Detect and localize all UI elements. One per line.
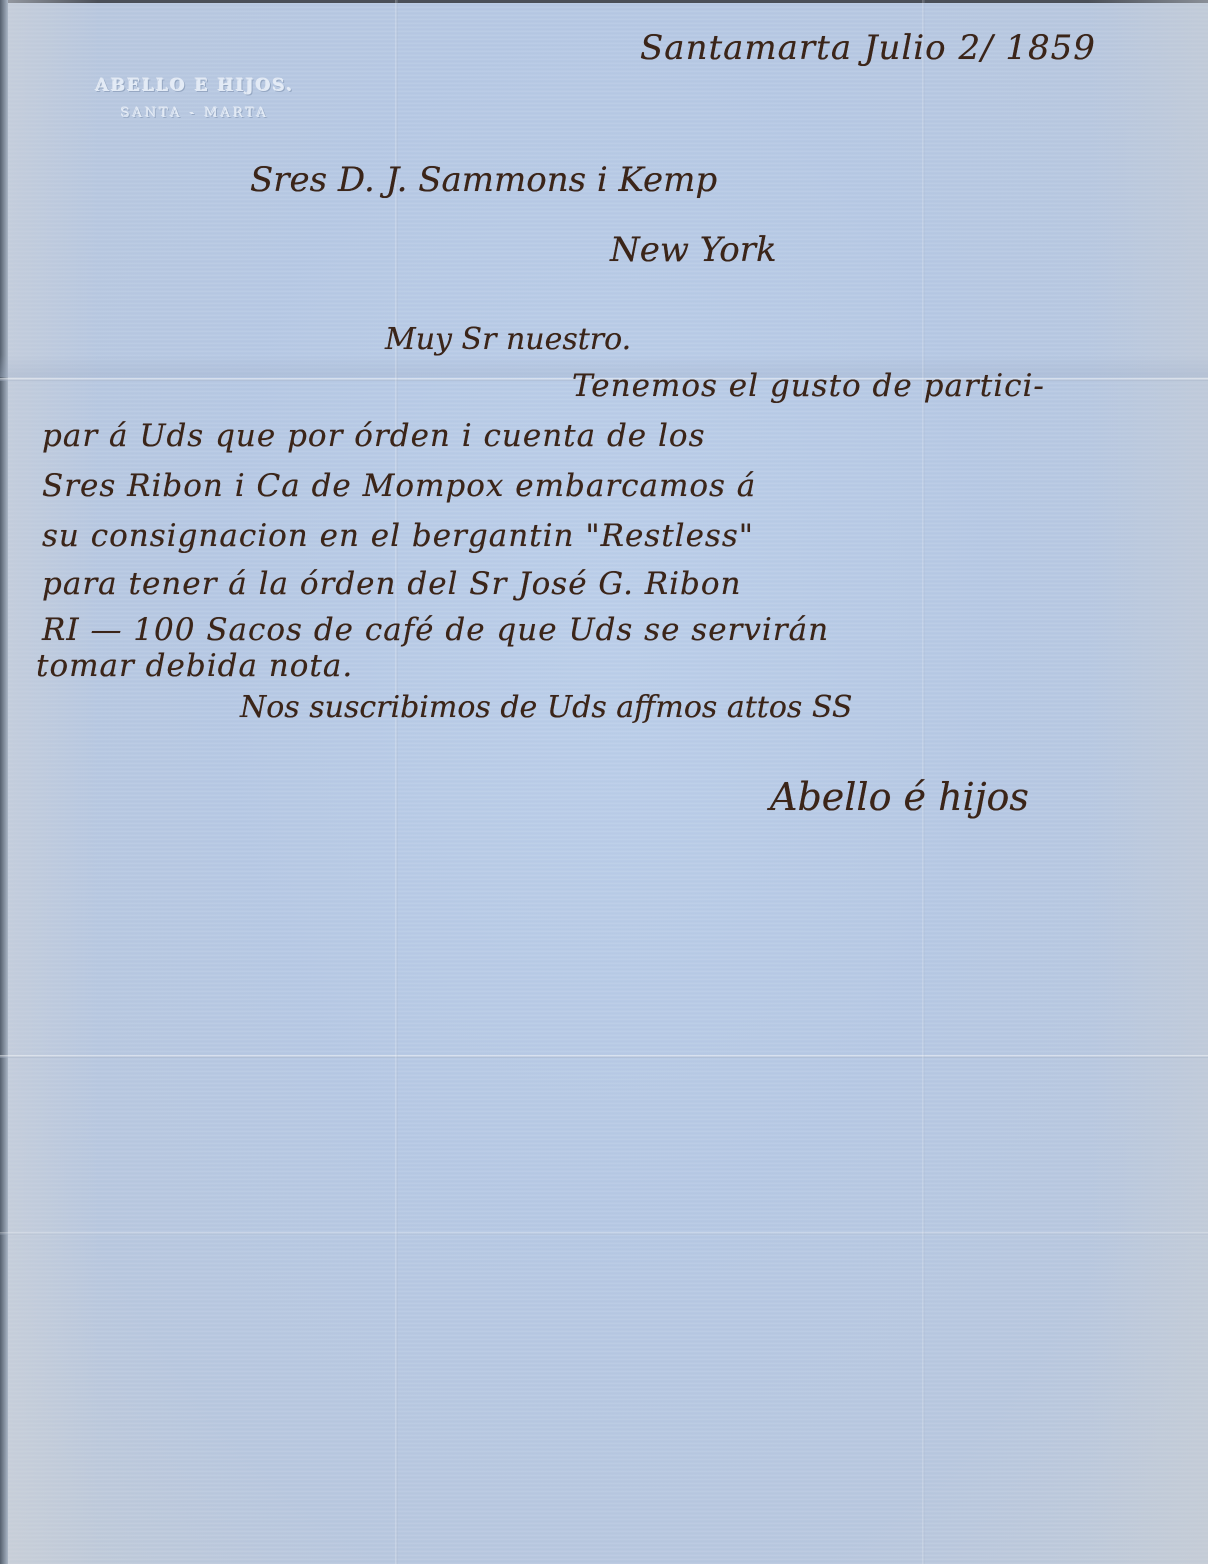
body-line-1: Tenemos el gusto de partici- bbox=[572, 368, 1045, 404]
scan-edge-top bbox=[0, 0, 1208, 3]
salutation: Muy Sr nuestro. bbox=[385, 322, 631, 357]
paper-shade-right bbox=[1088, 0, 1208, 1564]
embossed-letterhead: ABELLO E HIJOS. SANTA - MARTA bbox=[60, 76, 330, 121]
signature: Abello é hijos bbox=[770, 775, 1029, 819]
recipient-city: New York bbox=[610, 230, 777, 270]
scan-edge-left bbox=[0, 0, 8, 1564]
fold-line-left bbox=[395, 0, 398, 1564]
dateline: Santamarta Julio 2/ 1859 bbox=[640, 28, 1096, 68]
letterhead-firm: ABELLO E HIJOS. bbox=[60, 76, 330, 96]
fold-line-lower bbox=[0, 1232, 1208, 1235]
body-line-5: para tener á la órden del Sr José G. Rib… bbox=[42, 566, 742, 602]
body-line-6: RI — 100 Sacos de café de que Uds se ser… bbox=[42, 612, 829, 648]
recipient-name: Sres D. J. Sammons i Kemp bbox=[250, 160, 717, 200]
letter-page: ABELLO E HIJOS. SANTA - MARTA Santamarta… bbox=[0, 0, 1208, 1564]
body-line-2: par á Uds que por órden i cuenta de los bbox=[42, 418, 705, 454]
body-line-4: su consignacion en el bergantin "Restles… bbox=[42, 518, 754, 554]
letterhead-city: SANTA - MARTA bbox=[60, 106, 330, 121]
paper-shade-left bbox=[8, 0, 98, 1564]
closing: Nos suscribimos de Uds affmos attos SS bbox=[240, 690, 852, 725]
body-line-3: Sres Ribon i Ca de Mompox embarcamos á bbox=[42, 468, 756, 504]
body-line-7: tomar debida nota. bbox=[36, 648, 353, 684]
fold-line-middle bbox=[0, 1055, 1208, 1058]
